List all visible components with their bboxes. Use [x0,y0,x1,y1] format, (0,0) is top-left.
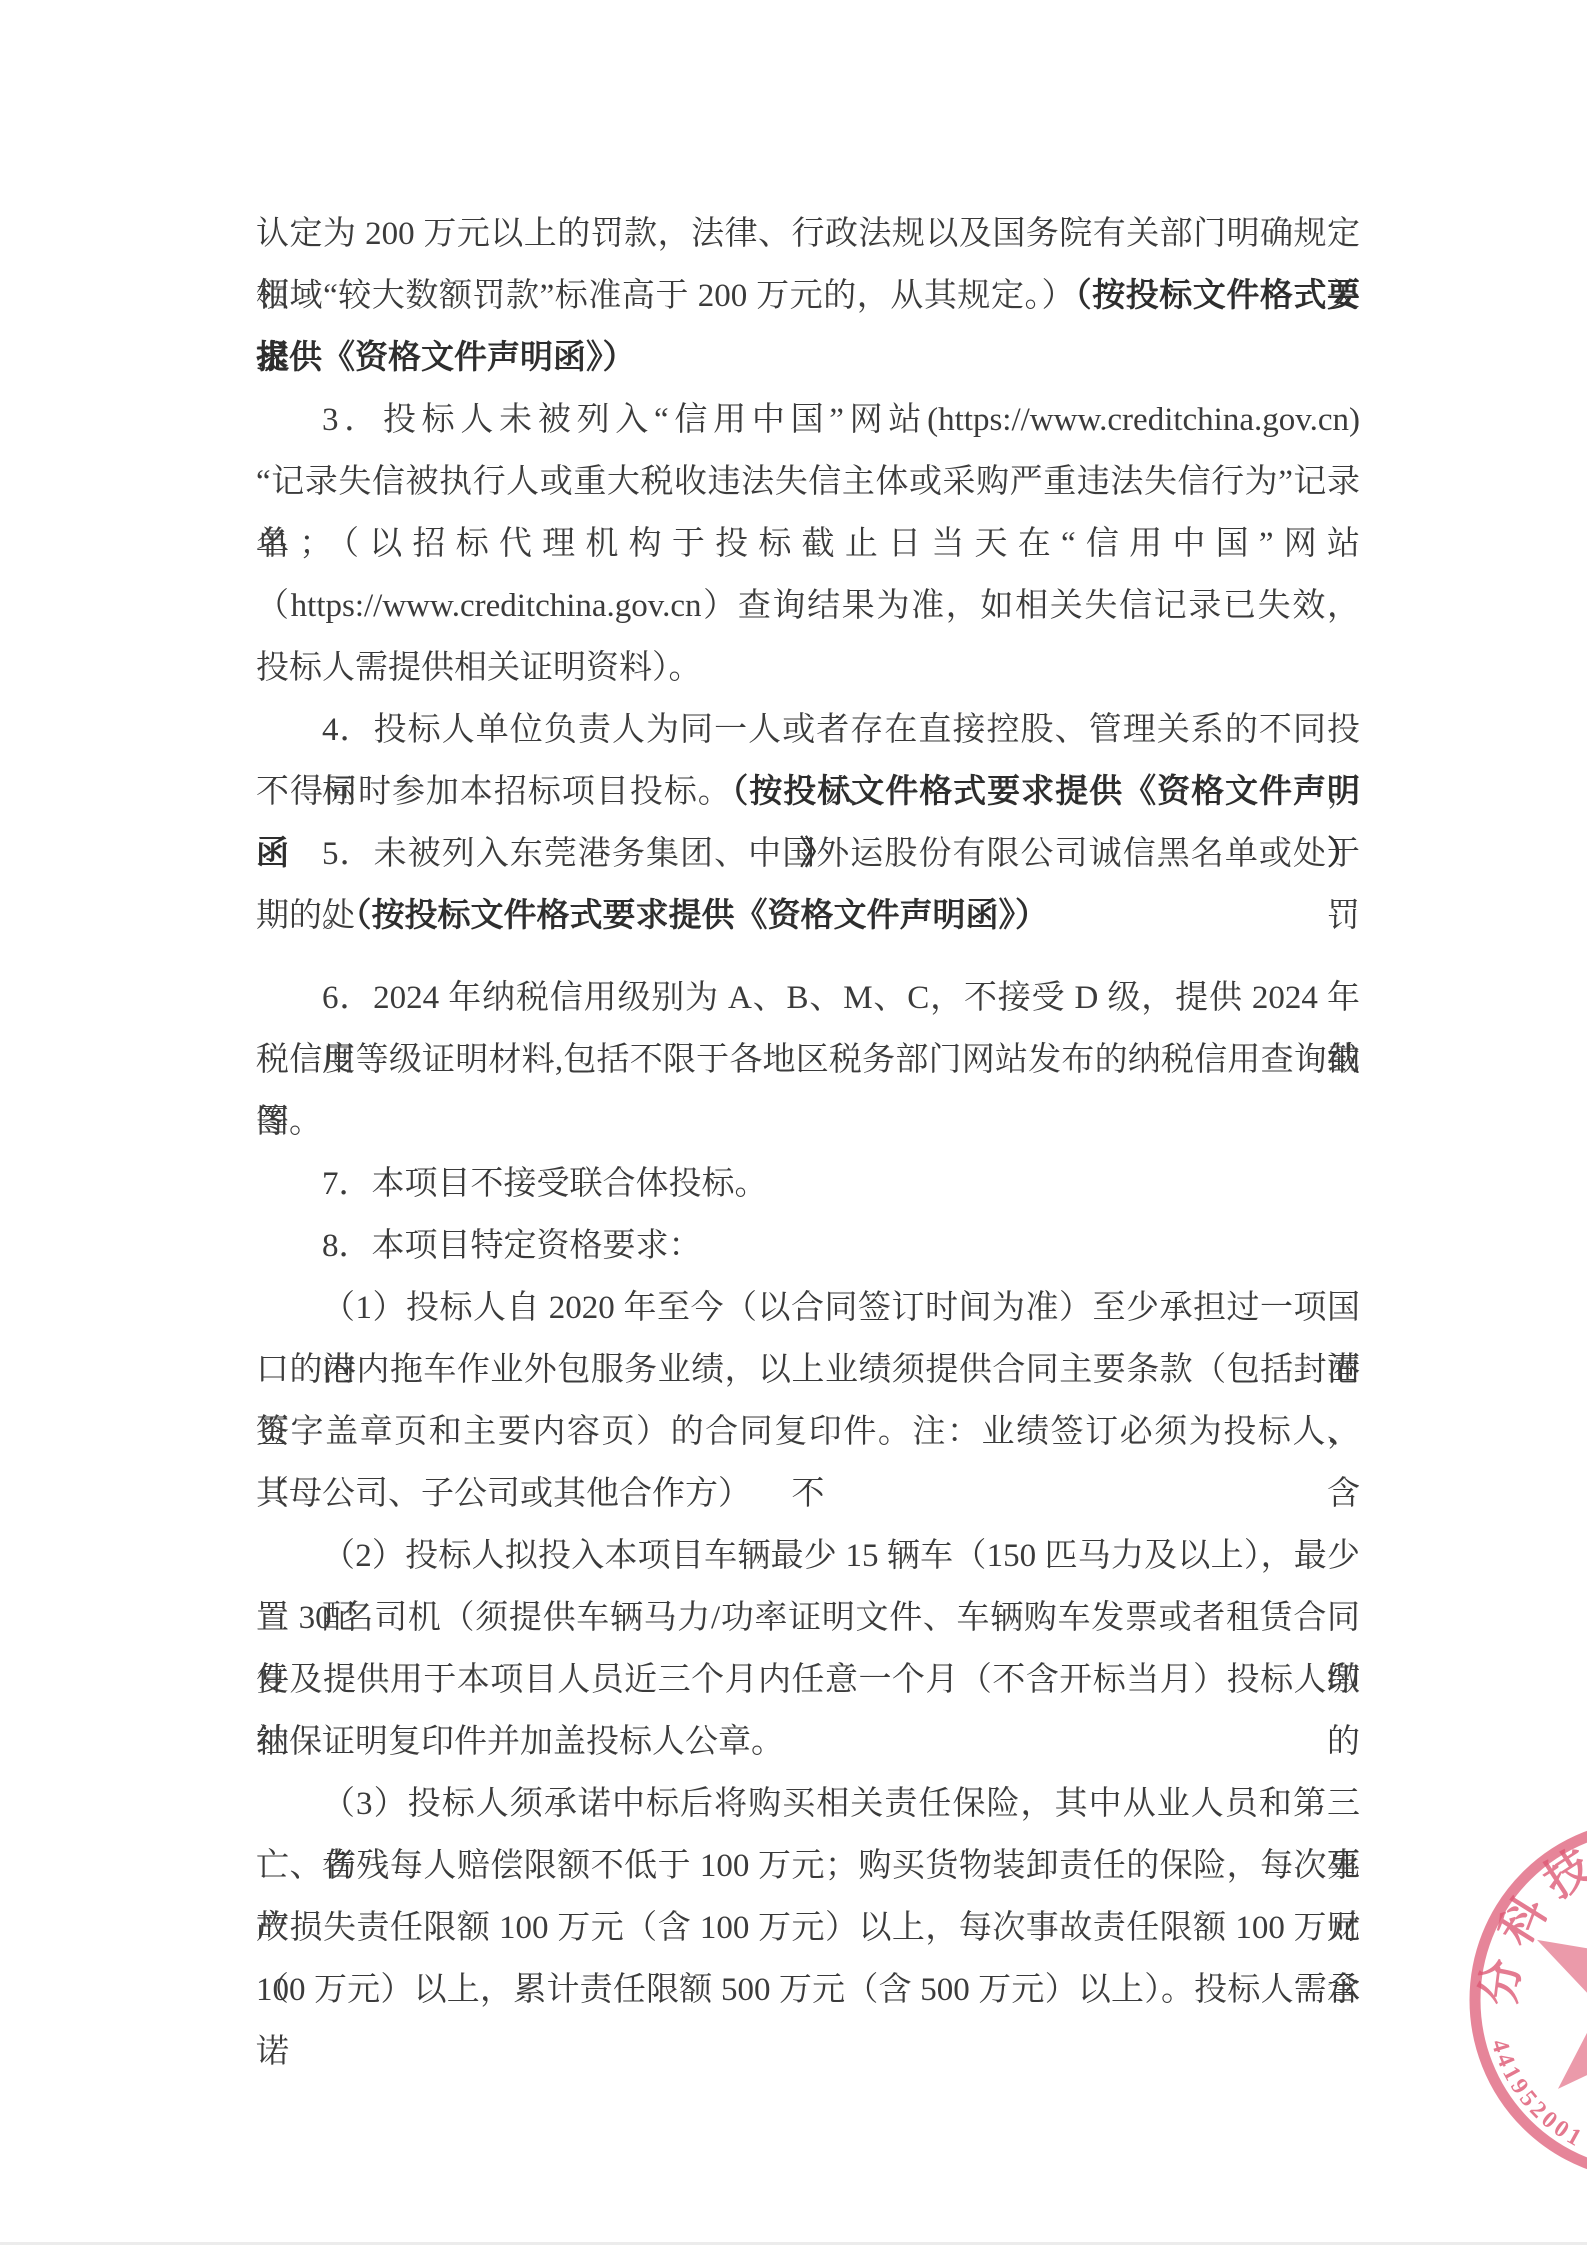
document-text: 认定为 200 万元以上的罚款，法律、行政法规以及国务院有关部门明确规定相关领域… [256,203,1360,2021]
text-segment: 其母公司、子公司或其他合作方） [256,1476,751,1512]
text-line: 3．投标人未被列入“信用中国”网站(https://www.creditchin… [256,389,1360,451]
text-line: 等。 [256,1091,1360,1153]
text-line: 8．本项目特定资格要求： [256,1215,1360,1277]
text-line: 亡、伤残每人赔偿限额不低于 100 万元；购买货物装卸责任的保险，每次事故财 [256,1835,1360,1897]
text-line: 不得同时参加本招标项目投标。（按投标文件格式要求提供《资格文件声明函》） [256,761,1360,823]
document-page: 认定为 200 万元以上的罚款，法律、行政法规以及国务院有关部门明确规定相关领域… [0,0,1587,2245]
text-segment: （https://www.creditchina.gov.cn）查询结果为准，如… [256,588,1360,624]
text-segment: 期的。 [256,898,355,934]
text-line: 5．未被列入东莞港务集团、中国外运股份有限公司诚信黑名单或处于处罚 [256,823,1360,885]
text-line: 口的港内拖车作业外包服务业绩，以上业绩须提供合同主要条款（包括封面页、 [256,1339,1360,1401]
seal-character: 技 [1535,1840,1587,1908]
text-line: 置 30 名司机（须提供车辆马力/功率证明文件、车辆购车发票或者租赁合同复印 [256,1587,1360,1649]
text-line: （1）投标人自 2020 年至今（以合同签订时间为准）至少承担过一项国内港 [256,1277,1360,1339]
company-seal-stamp: 分科技 441952001 [1427,1810,1587,2210]
text-line: 投标人需提供相关证明资料）。 [256,637,1360,699]
text-line: （https://www.creditchina.gov.cn）查询结果为准，如… [256,575,1360,637]
text-line: 6．2024 年纳税信用级别为 A、B、M、C，不接受 D 级，提供 2024 … [256,967,1360,1029]
text-line: 100 万元）以上，累计责任限额 500 万元（含 500 万元）以上）。投标人… [256,1959,1360,2021]
text-line: 签字盖章页和主要内容页）的合同复印件。注：业绩签订必须为投标人，（不含 [256,1401,1360,1463]
text-line: （2）投标人拟投入本项目车辆最少 15 辆车（150 匹马力及以上），最少配 [256,1525,1360,1587]
text-segment: 等。 [256,1104,322,1140]
seal-character: 分 [1473,1956,1529,2008]
text-segment: 7．本项目不接受联合体投标。 [322,1166,768,1202]
text-line: 认定为 200 万元以上的罚款，法律、行政法规以及国务院有关部门明确规定相关 [256,203,1360,265]
text-line: 提供《资格文件声明函》） [256,327,1360,389]
text-line: 件及提供用于本项目人员近三个月内任意一个月（不含开标当月）投标人缴纳的 [256,1649,1360,1711]
text-segment: 投标人需提供相关证明资料）。 [256,650,702,686]
text-line: 4．投标人单位负责人为同一人或者存在直接控股、管理关系的不同投标人， [256,699,1360,761]
text-line: （3）投标人须承诺中标后将购买相关责任保险，其中从业人员和第三者死 [256,1773,1360,1835]
text-segment: 8．本项目特定资格要求： [322,1228,702,1264]
text-line: 7．本项目不接受联合体投标。 [256,1153,1360,1215]
text-segment: 领域“较大数额罚款”标准高于 200 万元的，从其规定。） [256,278,1075,314]
text-line: 领域“较大数额罚款”标准高于 200 万元的，从其规定。）（按投标文件格式要求 [256,265,1360,327]
text-segment: 社保证明复印件并加盖投标人公章。 [256,1724,784,1760]
text-segment: 不得同时参加本招标项目投标。 [256,774,732,810]
text-line: “记录失信被执行人或重大税收违法失信主体或采购严重违法失信行为”记录名 [256,451,1360,513]
bold-text-segment: 提供《资格文件声明函》） [256,340,636,376]
text-line: 产损失责任限额 100 万元（含 100 万元）以上，每次事故责任限额 100 … [256,1897,1360,1959]
text-segment: 3．投标人未被列入“信用中国”网站(https://www.creditchin… [322,402,1360,438]
text-line: 税信用等级证明材料,包括不限于各地区税务部门网站发布的纳税信用查询截图 [256,1029,1360,1091]
text-segment: 100 万元）以上，累计责任限额 500 万元（含 500 万元）以上）。投标人… [256,1972,1360,2070]
text-line: 单；（以招标代理机构于投标截止日当天在“信用中国”网站 [256,513,1360,575]
bold-text-segment: （按投标文件格式要求提供《资格文件声明函》） [355,898,1048,934]
text-segment: 单；（以招标代理机构于投标截止日当天在“信用中国”网站 [256,526,1360,562]
